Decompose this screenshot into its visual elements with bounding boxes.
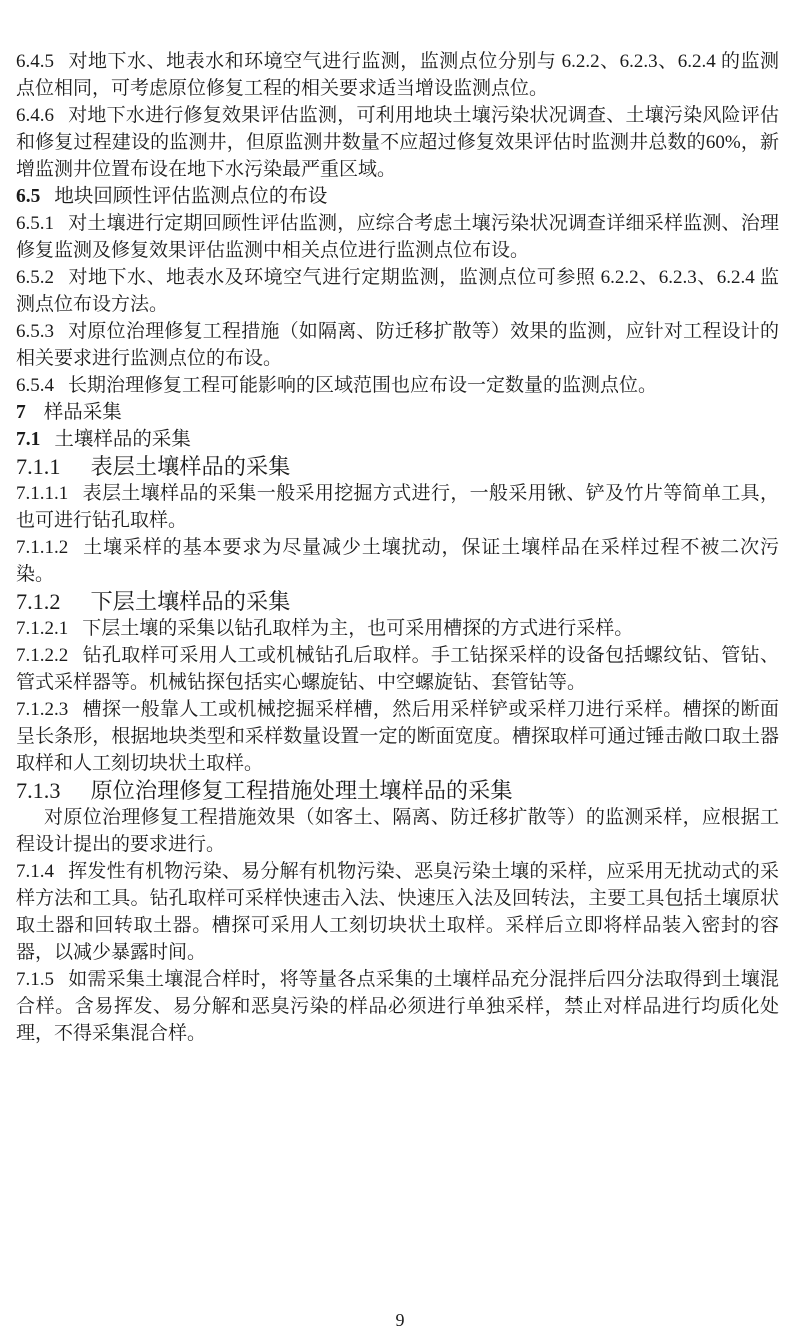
clause-6-5-3: 6.5.3对原位治理修复工程措施（如隔离、防迁移扩散等）效果的监测，应针对工程设…: [16, 318, 779, 372]
clause-6-4-5: 6.4.5对地下水、地表水和环境空气进行监测，监测点位分别与 6.2.2、6.2…: [16, 48, 779, 102]
clause-number: 7.1.1.1: [16, 483, 68, 504]
page-number: 9: [396, 1310, 405, 1330]
heading-text: 原位治理修复工程措施处理土壤样品的采集: [90, 778, 512, 803]
clause-text: 下层土壤的采集以钻孔取样为主，也可采用槽探的方式进行采样。: [82, 618, 633, 639]
section-heading-6-5: 6.5地块回顾性评估监测点位的布设: [16, 183, 779, 210]
clause-6-4-6: 6.4.6对地下水进行修复效果评估监测，可利用地块土壤污染状况调查、土壤污染风险…: [16, 102, 779, 183]
heading-text: 样品采集: [44, 401, 122, 423]
clause-text: 土壤采样的基本要求为尽量减少土壤扰动，保证土壤样品在采样过程不被二次污染。: [16, 537, 779, 585]
clause-number: 7.1.1.2: [16, 537, 68, 558]
clause-6-5-2: 6.5.2对地下水、地表水及环境空气进行定期监测，监测点位可参照 6.2.2、6…: [16, 264, 779, 318]
clause-text: 如需采集土壤混合样时，将等量各点采集的土壤样品充分混拌后四分法取得到土壤混合样。…: [16, 969, 779, 1044]
heading-number: 7.1.2: [16, 589, 60, 614]
document-body: 6.4.5对地下水、地表水和环境空气进行监测，监测点位分别与 6.2.2、6.2…: [0, 0, 800, 1047]
clause-7-1-1-2: 7.1.1.2土壤采样的基本要求为尽量减少土壤扰动，保证土壤样品在采样过程不被二…: [16, 534, 779, 588]
heading-number: 7.1.1: [16, 454, 60, 479]
clause-number: 7.1.5: [16, 969, 54, 990]
paragraph-7-1-3-body: 对原位治理修复工程措施效果（如客土、隔离、防迁移扩散等）的监测采样，应根据工程设…: [16, 804, 779, 858]
clause-number: 6.4.5: [16, 51, 54, 72]
heading-text: 地块回顾性评估监测点位的布设: [54, 185, 327, 207]
clause-7-1-2-1: 7.1.2.1下层土壤的采集以钻孔取样为主，也可采用槽探的方式进行采样。: [16, 615, 779, 642]
clause-number: 6.5.1: [16, 213, 54, 234]
heading-number: 7: [16, 402, 26, 423]
clause-number: 7.1.2.1: [16, 618, 68, 639]
clause-text: 长期治理修复工程可能影响的区域范围也应布设一定数量的监测点位。: [68, 375, 657, 396]
clause-number: 6.5.4: [16, 375, 54, 396]
heading-number: 7.1: [16, 429, 40, 450]
clause-number: 6.5.2: [16, 267, 54, 288]
document-page: 6.4.5对地下水、地表水和环境空气进行监测，监测点位分别与 6.2.2、6.2…: [0, 0, 800, 1342]
heading-number: 7.1.3: [16, 778, 60, 803]
clause-number: 7.1.2.2: [16, 645, 68, 666]
heading-text: 下层土壤样品的采集: [90, 589, 290, 614]
clause-7-1-2-2: 7.1.2.2钻孔取样可采用人工或机械钻孔后取样。手工钻探采样的设备包括螺纹钻、…: [16, 642, 779, 696]
clause-6-5-1: 6.5.1对土壤进行定期回顾性评估监测，应综合考虑土壤污染状况调查详细采样监测、…: [16, 210, 779, 264]
clause-text: 钻孔取样可采用人工或机械钻孔后取样。手工钻探采样的设备包括螺纹钻、管钻、管式采样…: [16, 645, 779, 693]
clause-text: 对地下水、地表水及环境空气进行定期监测，监测点位可参照 6.2.2、6.2.3、…: [16, 267, 779, 315]
clause-number: 7.1.4: [16, 861, 54, 882]
clause-6-5-4: 6.5.4长期治理修复工程可能影响的区域范围也应布设一定数量的监测点位。: [16, 372, 779, 399]
clause-text: 对原位治理修复工程措施（如隔离、防迁移扩散等）效果的监测，应针对工程设计的相关要…: [16, 321, 779, 369]
clause-text: 对土壤进行定期回顾性评估监测，应综合考虑土壤污染状况调查详细采样监测、治理修复监…: [16, 213, 779, 261]
paragraph-text: 对原位治理修复工程措施效果（如客土、隔离、防迁移扩散等）的监测采样，应根据工程设…: [16, 807, 779, 855]
clause-7-1-1-1: 7.1.1.1表层土壤样品的采集一般采用挖掘方式进行，一般采用锹、铲及竹片等简单…: [16, 480, 779, 534]
subheading-7-1-2: 7.1.2下层土壤样品的采集: [16, 588, 779, 615]
heading-text: 表层土壤样品的采集: [90, 454, 290, 479]
clause-7-1-5: 7.1.5如需采集土壤混合样时，将等量各点采集的土壤样品充分混拌后四分法取得到土…: [16, 966, 779, 1047]
clause-text: 对地下水进行修复效果评估监测，可利用地块土壤污染状况调查、土壤污染风险评估和修复…: [16, 105, 779, 180]
clause-7-1-4: 7.1.4挥发性有机物污染、易分解有机物污染、恶臭污染土壤的采样，应采用无扰动式…: [16, 858, 779, 966]
clause-number: 6.5.3: [16, 321, 54, 342]
clause-number: 7.1.2.3: [16, 699, 68, 720]
clause-number: 6.4.6: [16, 105, 54, 126]
clause-text: 对地下水、地表水和环境空气进行监测，监测点位分别与 6.2.2、6.2.3、6.…: [16, 51, 779, 99]
heading-text: 土壤样品的采集: [54, 428, 191, 450]
section-heading-7-1: 7.1土壤样品的采集: [16, 426, 779, 453]
clause-text: 挥发性有机物污染、易分解有机物污染、恶臭污染土壤的采样，应采用无扰动式的采样方法…: [16, 861, 779, 963]
heading-number: 6.5: [16, 186, 40, 207]
clause-text: 表层土壤样品的采集一般采用挖掘方式进行，一般采用锹、铲及竹片等简单工具，也可进行…: [16, 483, 779, 531]
chapter-heading-7: 7样品采集: [16, 399, 779, 426]
clause-text: 槽探一般靠人工或机械挖掘采样槽，然后用采样铲或采样刀进行采样。槽探的断面呈长条形…: [16, 699, 779, 774]
page-footer: 9: [0, 1310, 800, 1330]
subheading-7-1-3: 7.1.3原位治理修复工程措施处理土壤样品的采集: [16, 777, 779, 804]
clause-7-1-2-3: 7.1.2.3槽探一般靠人工或机械挖掘采样槽，然后用采样铲或采样刀进行采样。槽探…: [16, 696, 779, 777]
subheading-7-1-1: 7.1.1表层土壤样品的采集: [16, 453, 779, 480]
